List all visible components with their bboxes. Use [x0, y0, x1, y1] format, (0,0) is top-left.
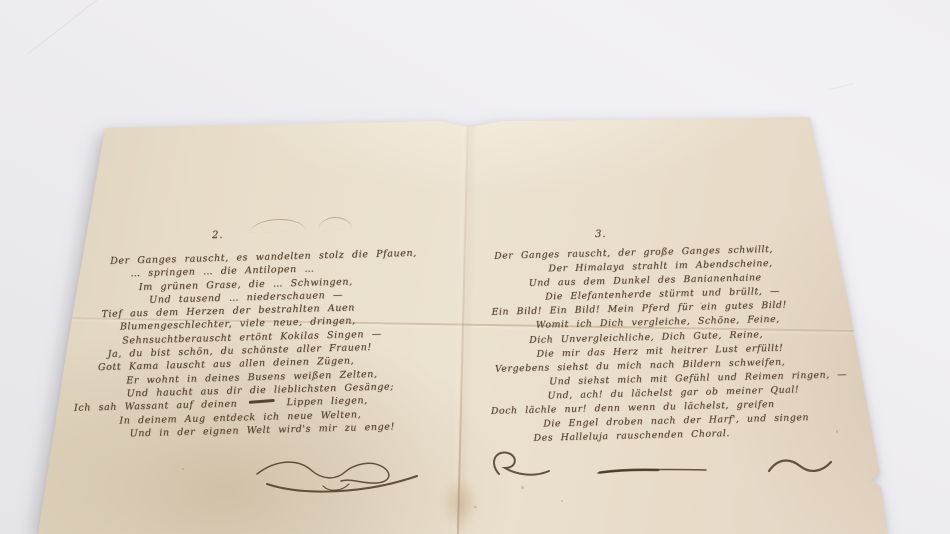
foxing-speck	[182, 468, 184, 470]
fold-stain	[436, 468, 484, 534]
left-page-lines: Der Ganges rauscht, es wandelten stolz d…	[64, 245, 499, 442]
foxing-speck	[521, 486, 524, 489]
calligraphic-flourish-left	[253, 450, 423, 496]
swirl-flourish-right	[487, 447, 565, 485]
foxing-speck	[474, 506, 477, 508]
page-number-left: 2.	[212, 231, 224, 241]
photo-frame: 2. Der Ganges rauscht, es wandelten stol…	[0, 0, 950, 534]
page-number-right: 3.	[595, 230, 607, 240]
tilde-flourish-right	[766, 455, 834, 479]
manuscript-paper: 2. Der Ganges rauscht, es wandelten stol…	[0, 0, 950, 534]
rule-flourish-right	[596, 465, 708, 477]
foxing-speck	[561, 500, 563, 502]
pencil-mark	[318, 216, 352, 230]
strikethrough-mark	[249, 399, 275, 404]
pencil-mark	[250, 218, 306, 233]
poem-line-text: Lippen liegen,	[279, 395, 368, 408]
right-page-lines: Der Ganges rauscht, der große Ganges sch…	[482, 240, 907, 448]
paper-sheet: 2. Der Ganges rauscht, es wandelten stol…	[0, 0, 950, 534]
